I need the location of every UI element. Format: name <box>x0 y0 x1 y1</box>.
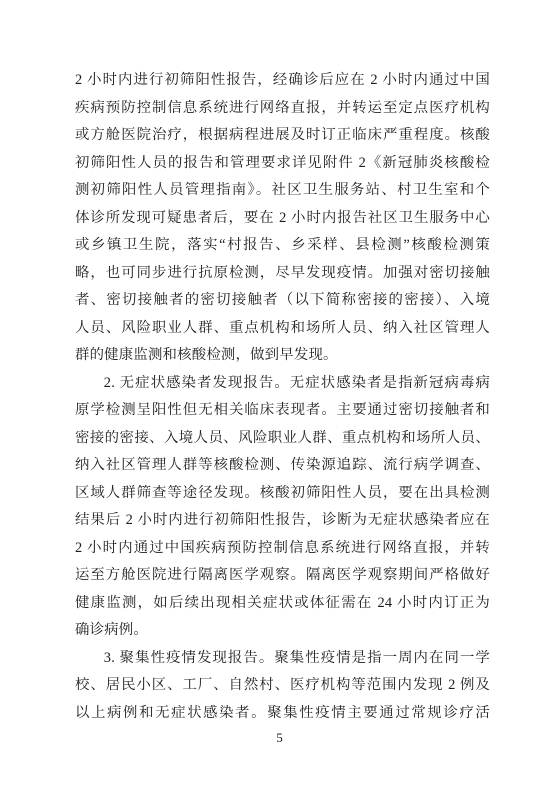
text-line: 结果后 2 小时内进行初筛阳性报告，诊断为无症状感染者应在 <box>75 507 490 535</box>
text-line: 群的健康监测和核酸检测，做到早发现。 <box>75 342 490 370</box>
paragraph: 3. 聚集性疫情发现报告。聚集性疫情是指一周内在同一学校、居民小区、工厂、自然村… <box>75 645 490 728</box>
text-line: 2 小时内通过中国疾病预防控制信息系统进行网络直报，并转 <box>75 535 490 563</box>
text-line: 略，也可同步进行抗原检测，尽早发现疫情。加强对密切接触 <box>75 260 490 288</box>
document-text: 2 小时内进行初筛阳性报告，经确诊后应在 2 小时内通过中国疾病预防控制信息系统… <box>75 67 490 727</box>
text-line: 原学检测呈阳性但无相关临床表现者。主要通过密切接触者和 <box>75 397 490 425</box>
text-line: 密接的密接、入境人员、风险职业人群、重点机构和场所人员、 <box>75 425 490 453</box>
text-line: 3. 聚集性疫情发现报告。聚集性疫情是指一周内在同一学 <box>75 645 490 673</box>
page-number: 5 <box>0 728 559 748</box>
text-line: 者、密切接触者的密切接触者（以下简称密接的密接）、入境 <box>75 287 490 315</box>
text-line: 或方舱医院治疗，根据病程进展及时订正临床严重程度。核酸 <box>75 122 490 150</box>
text-line: 运至方舱医院进行隔离医学观察。隔离医学观察期间严格做好 <box>75 562 490 590</box>
text-line: 体诊所发现可疑患者后，要在 2 小时内报告社区卫生服务中心 <box>75 205 490 233</box>
text-line: 或乡镇卫生院，落实“村报告、乡采样、县检测”核酸检测策 <box>75 232 490 260</box>
text-line: 纳入社区管理人群等核酸检测、传染源追踪、流行病学调查、 <box>75 452 490 480</box>
text-line: 人员、风险职业人群、重点机构和场所人员、纳入社区管理人 <box>75 315 490 343</box>
text-line: 健康监测，如后续出现相关症状或体征需在 24 小时内订正为 <box>75 590 490 618</box>
text-line: 区域人群筛查等途径发现。核酸初筛阳性人员，要在出具检测 <box>75 480 490 508</box>
text-line: 以上病例和无症状感染者。聚集性疫情主要通过常规诊疗活 <box>75 700 490 728</box>
text-line: 测初筛阳性人员管理指南》。社区卫生服务站、村卫生室和个 <box>75 177 490 205</box>
text-line: 2 小时内进行初筛阳性报告，经确诊后应在 2 小时内通过中国 <box>75 67 490 95</box>
paragraph: 2 小时内进行初筛阳性报告，经确诊后应在 2 小时内通过中国疾病预防控制信息系统… <box>75 67 490 370</box>
text-line: 2. 无症状感染者发现报告。无症状感染者是指新冠病毒病 <box>75 370 490 398</box>
text-line: 初筛阳性人员的报告和管理要求详见附件 2《新冠肺炎核酸检 <box>75 150 490 178</box>
text-line: 校、居民小区、工厂、自然村、医疗机构等范围内发现 2 例及 <box>75 672 490 700</box>
paragraph: 2. 无症状感染者发现报告。无症状感染者是指新冠病毒病原学检测呈阳性但无相关临床… <box>75 370 490 645</box>
document-page: 2 小时内进行初筛阳性报告，经确诊后应在 2 小时内通过中国疾病预防控制信息系统… <box>0 0 559 793</box>
text-line: 疾病预防控制信息系统进行网络直报，并转运至定点医疗机构 <box>75 95 490 123</box>
text-line: 确诊病例。 <box>75 617 490 645</box>
